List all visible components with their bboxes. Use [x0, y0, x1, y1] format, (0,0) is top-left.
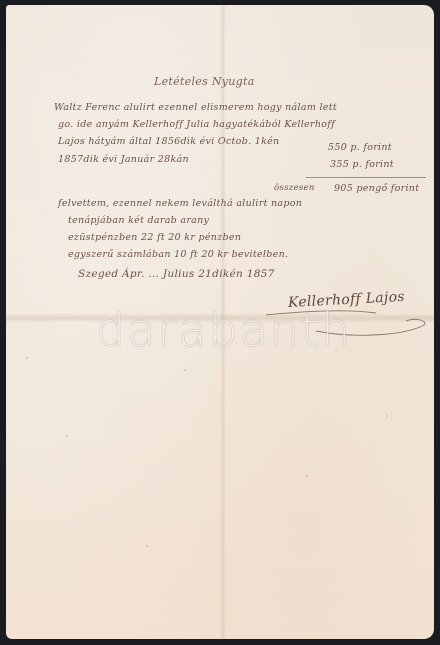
body-line-7: ezüstpénzben 22 ft 20 kr pénzben [68, 232, 241, 243]
body-line-2: go. ide anyám Kellerhoff Julia hagyatéká… [58, 119, 335, 130]
total-label: összesen [274, 183, 315, 193]
amount-first: 550 p. forint [328, 142, 392, 153]
body-line-3: Lajos hátyám által 1856dik évi Octob. 1k… [58, 136, 279, 147]
signature-flourish-icon [256, 305, 434, 345]
amount-total: 905 pengő forint [334, 183, 419, 194]
paper-sheet: Letételes Nyugta Waltz Ferenc alulirt ez… [6, 5, 434, 639]
paper-speck [66, 435, 68, 437]
paper-speck [306, 475, 308, 477]
paper-speck [184, 369, 186, 371]
paper-speck [386, 415, 388, 417]
body-line-8: egyszerű számlában 10 ft 20 kr bevitelbe… [68, 249, 288, 260]
place-and-date: Szeged Ápr. ... Julius 21dikén 1857 [78, 268, 275, 280]
body-line-1: Waltz Ferenc alulirt ezennel elismerem h… [54, 102, 337, 113]
document-title: Letételes Nyugta [154, 75, 255, 88]
body-line-4: 1857dik évi Január 28kán [58, 154, 189, 165]
body-line-5: felvettem, ezennel nekem leválthá alulir… [58, 198, 302, 209]
paper-speck [146, 545, 148, 547]
body-line-6: tenápjában két darab arany [68, 215, 209, 226]
sum-rule-line [306, 177, 426, 178]
paper-speck [26, 357, 28, 359]
amount-second: 355 p. forint [330, 159, 394, 170]
scan-frame: Letételes Nyugta Waltz Ferenc alulirt ez… [0, 0, 440, 645]
